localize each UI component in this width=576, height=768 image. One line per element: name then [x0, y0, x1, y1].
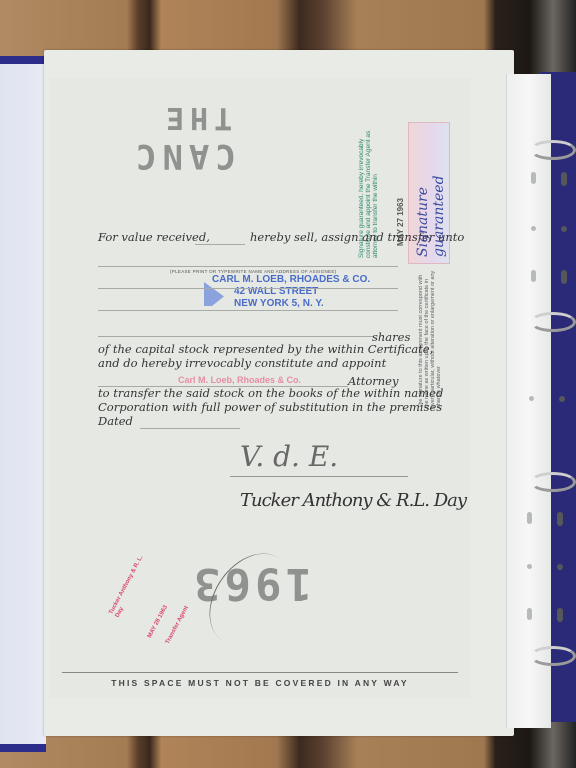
footer-notice: THIS SPACE MUST NOT BE COVERED IN ANY WA…	[50, 678, 470, 688]
value-received-label: For value received,	[98, 230, 210, 244]
assignee-line-3	[98, 310, 398, 311]
punch-hole	[561, 270, 567, 284]
footer-divider	[62, 672, 458, 673]
assignee-line-2	[98, 288, 398, 289]
appoint-text: and do hereby irrevocably constitute and…	[98, 356, 386, 370]
punch-hole	[557, 512, 563, 526]
binder-ring-icon	[530, 472, 576, 492]
assignee-name: CARL M. LOEB, RHOADES & CO.	[208, 274, 370, 286]
shares-line	[98, 336, 374, 337]
dated-label: Dated	[98, 414, 133, 428]
punch-hole	[557, 608, 563, 622]
transfer-stamp-red: Tucker Anthony & R. L. Day MAY 28 1963 T…	[96, 568, 176, 648]
signature-2: Tucker Anthony & R.L. Day	[240, 490, 466, 511]
corporation-text: Corporation with full power of substitut…	[98, 400, 442, 414]
assignee-city: NEW YORK 5, N. Y.	[208, 298, 370, 310]
stock-certificate-back: THE CANC Signature guaranteed, hereby ir…	[50, 78, 470, 698]
punch-hole	[557, 564, 563, 570]
assignor-line	[195, 244, 245, 245]
perforation-cancel-second: CANC	[130, 136, 236, 176]
perforation-cancel-bottom: 1963	[190, 558, 312, 609]
punch-hole	[527, 564, 532, 569]
perforation-cancel-top: THE	[160, 100, 232, 135]
binder-ring-icon	[530, 646, 576, 666]
attorney-stamp-faint: Carl M. Loeb, Rhoades & Co.	[178, 375, 301, 385]
date-line	[140, 428, 240, 429]
binder-ring-icon	[530, 312, 576, 332]
transfer-text: to transfer the said stock on the books …	[98, 386, 443, 400]
assignee-stamp-blue: CARL M. LOEB, RHOADES & CO. 42 WALL STRE…	[208, 274, 370, 310]
signature-line	[230, 476, 408, 477]
punch-hole	[561, 226, 567, 232]
assign-transfer-label: hereby sell, assign and transfer unto	[250, 230, 464, 244]
punch-hole	[561, 172, 567, 186]
punch-hole	[527, 512, 532, 524]
binder-ring-icon	[530, 140, 576, 160]
capital-stock-text: of the capital stock represented by the …	[98, 342, 433, 356]
binder-cover-left	[0, 56, 46, 752]
sleeve-punch-strip	[506, 74, 551, 728]
red-stamp-firm: Tucker Anthony & R. L. Day	[108, 551, 153, 619]
punch-hole	[527, 608, 532, 620]
punch-hole	[531, 172, 536, 184]
punch-hole	[531, 270, 536, 282]
signature-1: V. d. E.	[240, 440, 338, 473]
punch-hole	[559, 396, 565, 402]
punch-hole	[531, 226, 536, 231]
punch-hole	[529, 396, 534, 401]
assignee-line-1	[98, 266, 398, 267]
